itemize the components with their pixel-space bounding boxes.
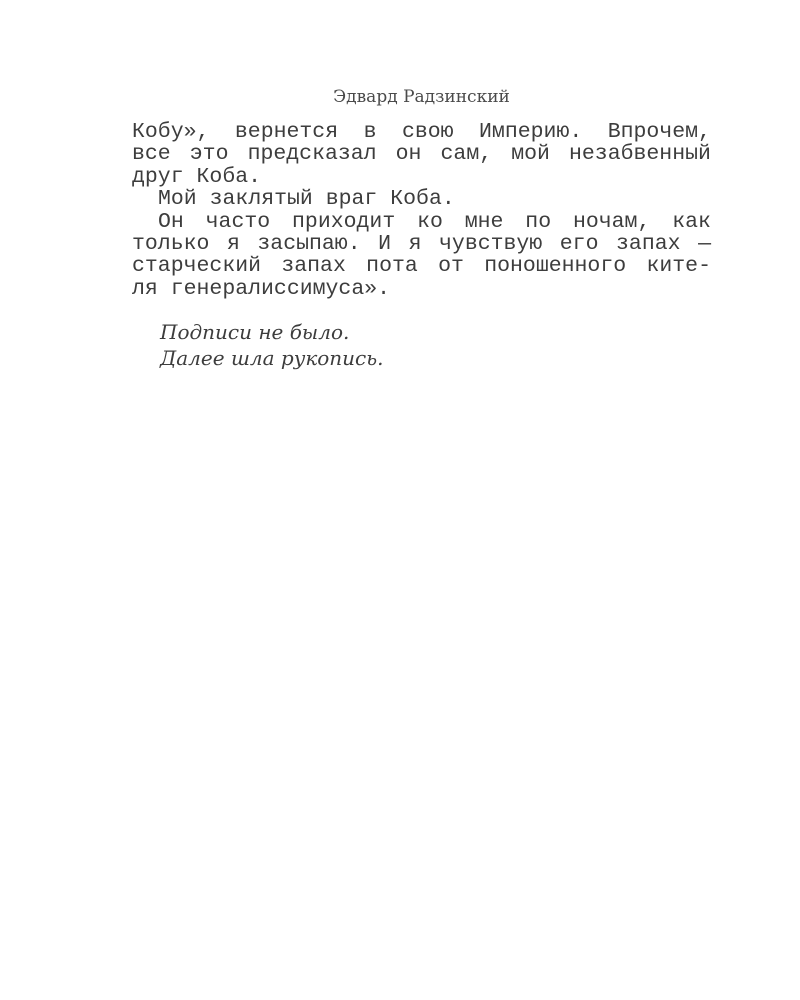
word: запах (281, 255, 346, 277)
word: ночам, (573, 211, 650, 233)
typewriter-quote-block: Кобу»,вернетсявсвоюИмперию.Впрочем,всеэт… (132, 121, 711, 300)
word: запах (616, 233, 681, 255)
text-line: друг Коба. (132, 166, 711, 188)
word: поношенного (484, 255, 626, 277)
word: вернется (235, 121, 338, 143)
word: по (525, 211, 551, 233)
word: мне (465, 211, 504, 233)
text-line: старческийзапахпотаотпоношенногоките- (132, 255, 711, 277)
word: мой (511, 143, 550, 165)
word: в (364, 121, 377, 143)
word: Империю. (479, 121, 582, 143)
text-line: Мой заклятый враг Коба. (132, 188, 711, 210)
word: ките- (646, 255, 711, 277)
word: я (409, 233, 422, 255)
word: предсказал (248, 143, 377, 165)
word: засыпаю. (257, 233, 360, 255)
afterword-line: Подписи не было. (160, 319, 384, 345)
text-line: Кобу»,вернетсявсвоюИмперию.Впрочем, (132, 121, 711, 143)
text-line: Ончастоприходиткомнепоночам,как (132, 211, 711, 233)
word: старческий (132, 255, 261, 277)
word: только (132, 233, 209, 255)
word: это (190, 143, 229, 165)
word: Кобу», (132, 121, 209, 143)
word: Впрочем, (608, 121, 711, 143)
word: я (227, 233, 240, 255)
book-page: Эдвард Радзинский Кобу»,вернетсявсвоюИмп… (0, 0, 800, 1000)
word: — (698, 233, 711, 255)
word: чувствую (439, 233, 542, 255)
word: И (378, 233, 391, 255)
word: часто (206, 211, 271, 233)
word: его (560, 233, 599, 255)
running-head-author: Эдвард Радзинский (132, 87, 711, 107)
word: сам, (441, 143, 493, 165)
word: все (132, 143, 171, 165)
word: незабвенный (569, 143, 711, 165)
word: ко (417, 211, 443, 233)
text-line: ля генералиссимуса». (132, 278, 711, 300)
text-line: всеэтопредсказалонсам,мойнезабвенный (132, 143, 711, 165)
word: он (396, 143, 422, 165)
afterword-italic-block: Подписи не было.Далее шла рукопись. (160, 319, 384, 371)
word: Он (158, 211, 184, 233)
afterword-line: Далее шла рукопись. (160, 345, 384, 371)
word: приходит (292, 211, 395, 233)
word: как (672, 211, 711, 233)
word: пота (366, 255, 418, 277)
text-line: толькоязасыпаю.Иячувствуюегозапах— (132, 233, 711, 255)
word: свою (402, 121, 454, 143)
word: от (438, 255, 464, 277)
